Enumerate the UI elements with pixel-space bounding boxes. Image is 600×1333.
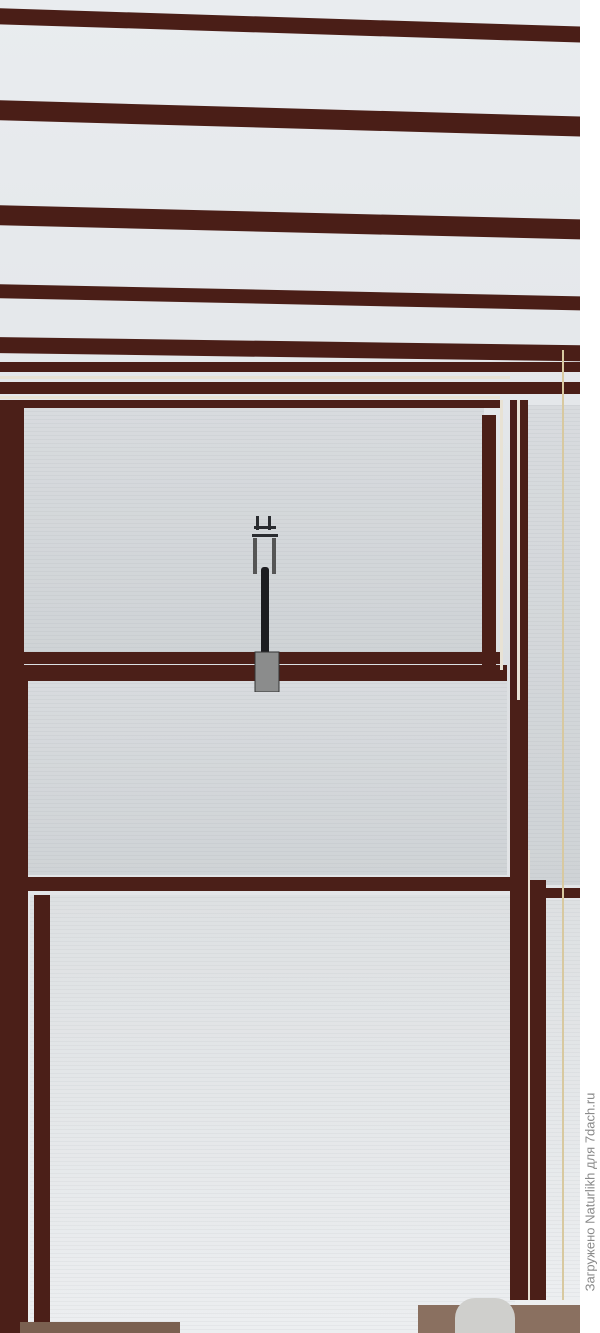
rope — [528, 850, 530, 1300]
roof-beam — [0, 8, 580, 43]
left-post — [0, 400, 14, 1333]
roof-beam — [0, 337, 580, 362]
rope — [517, 400, 520, 700]
watermark-text: Загружено Naturlikh для 7dach.ru — [583, 1093, 598, 1292]
roof-beam — [0, 205, 580, 240]
roof-beam — [0, 362, 580, 372]
side-pane — [528, 405, 580, 885]
roof-beam — [0, 382, 580, 394]
roof-beam — [0, 100, 580, 137]
bottom-pane — [30, 895, 515, 1333]
plastic-bag — [455, 1298, 515, 1333]
vent-frame-right — [482, 415, 496, 665]
rope — [0, 376, 510, 379]
vent-frame-top — [0, 400, 500, 408]
lower-pane — [22, 680, 507, 875]
rope — [500, 400, 503, 670]
wooden-box — [20, 1322, 180, 1333]
thermal-window-opener — [250, 512, 290, 692]
rope — [0, 396, 500, 399]
left-post — [14, 680, 28, 1333]
greenhouse-photo — [0, 0, 580, 1333]
crossbar — [20, 877, 510, 891]
right-post — [530, 880, 546, 1300]
watermark: Загружено Naturlikh для 7dach.ru — [581, 1057, 599, 1327]
left-post — [34, 895, 50, 1333]
roof-beam — [0, 284, 580, 311]
rope — [562, 350, 564, 1300]
